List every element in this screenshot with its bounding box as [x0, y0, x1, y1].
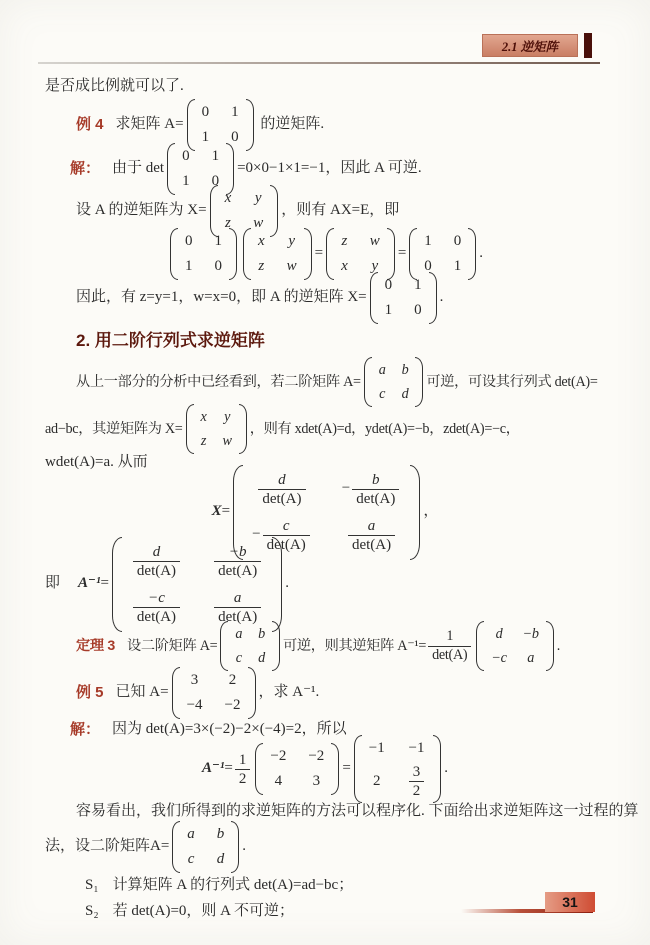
math-symbol-X: X — [212, 501, 222, 523]
matrix-cell: c — [379, 384, 385, 405]
matrix-cell: w — [370, 231, 380, 253]
matrix-bracket-right — [546, 621, 554, 671]
matrix-cell: −b det(A) — [212, 543, 263, 580]
body-text: 设 A 的逆矩阵为 X= — [76, 200, 207, 222]
matrix-bracket-left — [255, 743, 263, 796]
matrix-bracket-right — [433, 735, 441, 803]
matrix-cell: 3 — [191, 670, 199, 692]
fraction: d det(A) — [133, 543, 180, 580]
solution5-line: 解： 因为 det(A)=3×(−2)−2×(−4)=2，所以 — [45, 718, 605, 742]
matrix-cells: a b c d — [228, 621, 272, 671]
matrix-2x2: −2 −2 4 3 — [255, 743, 339, 796]
matrix-bracket-left — [172, 821, 180, 874]
matrix-cell: z — [258, 256, 264, 278]
matrix-2x2: x y z w — [186, 404, 247, 454]
matrix-bracket-left — [364, 357, 372, 407]
matrix-cell: −4 — [187, 695, 203, 717]
matrix-bracket-right — [272, 621, 280, 671]
matrix-2x2: −1 −1 2 3 2 — [354, 735, 441, 803]
matrix-cell: 0 — [214, 256, 222, 278]
matrix-cell: y — [288, 231, 295, 253]
body-text: 求矩阵 A= — [116, 114, 184, 136]
fraction-numerator: d — [149, 543, 165, 561]
matrix-cells: x y z w — [194, 404, 239, 454]
fraction: 1 2 — [235, 751, 251, 788]
matrix-bracket-left — [243, 228, 251, 281]
matrix-2x2: a b c d — [220, 621, 280, 671]
matrix-cell: w — [223, 431, 232, 452]
body-text: 的逆矩阵. — [257, 114, 325, 136]
fraction-numerator: 1 — [235, 751, 251, 769]
fraction: 1 det(A) — [428, 628, 471, 663]
matrix-cell: d — [496, 624, 503, 645]
matrix-cell: b — [217, 824, 225, 846]
matrix-2x2: 3 2 −4 −2 — [172, 667, 256, 720]
matrix-bracket-right — [415, 357, 423, 407]
matrix-cell: x — [258, 231, 265, 253]
body-text: 容易看出，我们所得到的求逆矩阵的方法可以程序化. 下面给出求逆矩阵这一过程的算 — [76, 801, 639, 823]
matrix-cell: − b det(A) — [342, 471, 402, 508]
matrix-cell: 1 — [385, 300, 393, 322]
paragraph-line: 法，设二阶矩阵A= a b c d . — [45, 824, 605, 870]
display-equation: A⁻¹ = 1 2 −2 −2 4 3 = −1 — [45, 744, 605, 794]
matrix-bracket-left — [167, 143, 175, 196]
matrix-bracket-right — [248, 667, 256, 720]
body-text: 可逆，可设其行列式 det(A)= — [426, 372, 597, 393]
paragraph-line: 设 A 的逆矩阵为 X= x y z w ，则有 AX=E，即 — [45, 190, 605, 232]
fraction-denominator: det(A) — [258, 489, 305, 508]
fraction-denominator: det(A) — [352, 489, 399, 508]
fraction-numerator: b — [368, 471, 384, 489]
fraction-numerator: c — [279, 517, 294, 535]
matrix-cell: −c — [491, 648, 506, 669]
matrix-cell: −2 — [225, 695, 241, 717]
solution4-line: 解： 由于 det 0 1 1 0 =0×0−1×1=−1，因此 A 可逆. — [45, 148, 605, 190]
step-label: S₂ — [85, 901, 99, 923]
matrix-cell: 0 — [414, 300, 422, 322]
fraction: −b det(A) — [214, 543, 261, 580]
paragraph-line: 从上一部分的分析中已经看到，若二阶矩阵 A= a b c d 可逆，可设其行列式… — [45, 358, 605, 406]
fraction-numerator: 3 — [409, 763, 425, 781]
matrix-cell: x — [341, 256, 348, 278]
fraction-denominator: 2 — [235, 769, 251, 788]
theorem-label: 定理 3 — [76, 636, 115, 657]
body-text: 计算矩阵 A 的行列式 det(A)=ad−bc； — [113, 875, 354, 897]
fraction-denominator: det(A) — [133, 607, 180, 626]
matrix-bracket-left — [354, 735, 362, 803]
body-text: ，则有 AX=E，即 — [281, 200, 399, 222]
fraction-denominator: det(A) — [133, 561, 180, 580]
matrix-cell: b — [402, 360, 409, 381]
body-text: 即 — [45, 573, 60, 595]
matrix-cell: d — [217, 849, 225, 871]
period: . — [285, 573, 289, 595]
body-text: 法，设二阶矩阵A= — [45, 836, 169, 858]
matrix-2x2: 0 1 1 0 — [170, 228, 237, 281]
matrix-bracket-right — [304, 228, 312, 281]
matrix-cell: 1 — [212, 146, 220, 168]
matrix-cell: x — [201, 407, 207, 428]
matrix-cell: 0 — [454, 231, 462, 253]
fraction-numerator: −c — [144, 589, 169, 607]
matrix-cell: z — [342, 231, 348, 253]
equals-sign: = — [315, 243, 323, 265]
matrix-bracket-left — [326, 228, 334, 281]
matrix-cell: −2 — [270, 746, 286, 768]
fraction: −c det(A) — [133, 589, 180, 626]
matrix-cell: 1 — [424, 231, 432, 253]
fraction-numerator: a — [364, 517, 380, 535]
period: . — [557, 636, 560, 657]
fraction-numerator: 1 — [442, 628, 457, 645]
matrix-cell: 1 — [231, 102, 239, 124]
matrix-2x2: a b c d — [172, 821, 239, 874]
matrix-cell: c — [236, 648, 242, 669]
matrix-bracket-right — [246, 99, 254, 152]
body-text: 设二阶矩阵 A= — [127, 636, 217, 657]
matrix-cell: 4 — [275, 771, 283, 793]
section-title: 2.1 逆矩阵 — [502, 37, 558, 55]
section-tab: 2.1 逆矩阵 — [482, 34, 578, 57]
matrix-cells: 0 1 1 0 — [378, 272, 429, 325]
matrix-bracket-left — [186, 404, 194, 454]
matrix-cells: 3 2 −4 −2 — [180, 667, 248, 720]
matrix-bracket-left — [370, 272, 378, 325]
section-heading: 2. 用二阶行列式求逆矩阵 — [76, 329, 265, 354]
math-symbol-A-inverse: A⁻¹ — [78, 573, 100, 595]
matrix-bracket-left — [112, 537, 122, 632]
body-text: wdet(A)=a. 从而 — [45, 452, 148, 474]
matrix-cells: a b c d — [180, 821, 231, 874]
matrix-cell: 0 — [182, 146, 190, 168]
page-number-badge: 31 — [545, 892, 595, 912]
matrix-2x2: x y z w — [243, 228, 312, 281]
matrix-bracket-right — [239, 404, 247, 454]
matrix-cell: 2 — [229, 670, 237, 692]
matrix-cell: 1 — [454, 256, 462, 278]
matrix-bracket-right — [468, 228, 476, 281]
matrix-cells: d det(A) −b det(A) −c det(A) — [122, 537, 272, 632]
solution-label: 解： — [70, 158, 100, 180]
matrix-cell: 1 — [185, 256, 193, 278]
matrix-cell: b — [258, 624, 265, 645]
period: . — [440, 287, 444, 309]
matrix-cell: −1 — [409, 738, 425, 760]
matrix-2x2: 0 1 1 0 — [370, 272, 437, 325]
paragraph-line: ad−bc，其逆矩阵为 X= x y z w ，则有 xdet(A)=d，yde… — [45, 406, 605, 452]
comma: ， — [423, 501, 438, 523]
equals-sign: = — [224, 758, 232, 780]
example5-line: 例 5 已知 A= 3 2 −4 −2 ，求 A⁻¹. — [45, 670, 605, 716]
equals-sign: = — [222, 501, 230, 523]
body-text: 已知 A= — [116, 682, 169, 704]
matrix-cell: 1 — [414, 275, 422, 297]
math-symbol-A-inverse: A⁻¹ — [202, 758, 224, 780]
matrix-cell: 1 — [182, 171, 190, 193]
display-equation: 0 1 1 0 x y z w = — [45, 232, 605, 276]
body-text: ，求 A⁻¹. — [259, 682, 320, 704]
fraction-denominator: det(A) — [428, 646, 471, 664]
fraction-denominator: 2 — [409, 781, 425, 800]
matrix-cells: d −b −c a — [484, 621, 545, 671]
matrix-bracket-right — [231, 821, 239, 874]
equals-sign: = — [100, 573, 108, 595]
period: . — [242, 836, 246, 858]
fraction: b det(A) — [352, 471, 399, 508]
equals-sign: = — [342, 758, 350, 780]
body-text: ad−bc，其逆矩阵为 X= — [45, 419, 183, 440]
fraction-denominator: det(A) — [214, 561, 261, 580]
example5-label: 例 5 — [76, 682, 104, 704]
matrix-bracket-left — [172, 667, 180, 720]
matrix-bracket-right — [331, 743, 339, 796]
matrix-cell: a — [187, 824, 195, 846]
fraction-numerator: −b — [225, 543, 251, 561]
matrix-cells: a b c d — [372, 357, 416, 407]
minus-sign: − — [342, 478, 350, 500]
body-text: 因为 det(A)=3×(−2)−2×(−4)=2，所以 — [112, 719, 347, 741]
matrix-cell: −b — [523, 624, 539, 645]
matrix-bracket-right — [410, 465, 420, 560]
equals-sign: = — [398, 243, 406, 265]
matrix-cell: d det(A) — [256, 471, 307, 508]
matrix-cell: z — [201, 431, 206, 452]
matrix-cell: a — [379, 360, 386, 381]
matrix-bracket-left — [220, 621, 228, 671]
matrix-bracket-left — [476, 621, 484, 671]
matrix-cell: y — [255, 188, 262, 210]
matrix-cell: 0 — [385, 275, 393, 297]
paragraph-line: 容易看出，我们所得到的求逆矩阵的方法可以程序化. 下面给出求逆矩阵这一过程的算 — [45, 800, 605, 824]
matrix-cell: x — [225, 188, 232, 210]
matrix-cell: 3 — [313, 771, 321, 793]
body-text: 由于 det — [112, 158, 164, 180]
algorithm-step-1: S₁ 计算矩阵 A 的行列式 det(A)=ad−bc； — [45, 874, 605, 898]
matrix-bracket-right — [429, 272, 437, 325]
body-text: 因此，有 z=y=1，w=x=0，即 A 的逆矩阵 X= — [76, 287, 367, 309]
fraction: 3 2 — [409, 763, 425, 800]
matrix-cell: 3 2 — [407, 763, 427, 800]
textbook-page: 2.1 逆矩阵 是否成比例就可以了. 例 4 求矩阵 A= 0 1 1 0 — [0, 0, 650, 945]
fraction: a det(A) — [348, 517, 395, 554]
fraction: d det(A) — [258, 471, 305, 508]
example4-line: 例 4 求矩阵 A= 0 1 1 0 的逆矩阵. — [45, 102, 605, 148]
matrix-cells: x y z w — [251, 228, 304, 281]
page-content: 是否成比例就可以了. 例 4 求矩阵 A= 0 1 1 0 的逆矩阵. 解： 由… — [0, 64, 650, 924]
matrix-cells: −1 −1 2 3 2 — [362, 735, 433, 803]
matrix-cells: 0 1 1 0 — [178, 228, 229, 281]
paragraph-line: 是否成比例就可以了. — [45, 76, 605, 98]
matrix-cell: a — [527, 648, 534, 669]
matrix-cell: c — [188, 849, 195, 871]
matrix-2x2-fractions: d det(A) −b det(A) −c det(A) — [112, 537, 282, 632]
page-number: 31 — [562, 894, 578, 910]
section-heading-line: 2. 用二阶行列式求逆矩阵 — [45, 328, 605, 354]
matrix-cell: −2 — [308, 746, 324, 768]
matrix-cell: 1 — [214, 231, 222, 253]
matrix-cell: a — [235, 624, 242, 645]
matrix-bracket-right — [229, 228, 237, 281]
example4-label: 例 4 — [76, 114, 104, 136]
matrix-cell: 0 — [202, 102, 210, 124]
fraction-denominator: det(A) — [348, 535, 395, 554]
matrix-cell: −c det(A) — [131, 589, 182, 626]
body-text: 是否成比例就可以了. — [45, 76, 184, 98]
body-text: 若 det(A)=0，则 A 不可逆； — [113, 901, 294, 923]
matrix-bracket-left — [170, 228, 178, 281]
body-text: =0×0−1×1=−1，因此 A 可逆. — [237, 158, 422, 180]
fraction-numerator: d — [274, 471, 290, 489]
matrix-cell: y — [224, 407, 230, 428]
paragraph-line: 因此，有 z=y=1，w=x=0，即 A 的逆矩阵 X= 0 1 1 0 . — [45, 276, 605, 320]
body-text: 可逆，则其逆矩阵 A⁻¹= — [283, 636, 426, 657]
matrix-cell: 2 — [373, 771, 381, 793]
matrix-cell: 0 — [185, 231, 193, 253]
matrix-cell: d — [402, 384, 409, 405]
section-bar-decoration — [584, 33, 592, 58]
body-text: ，则有 xdet(A)=d，ydet(A)=−b，zdet(A)=−c， — [250, 419, 520, 440]
matrix-cells: −2 −2 4 3 — [263, 743, 331, 796]
body-text: 从上一部分的分析中已经看到，若二阶矩阵 A= — [76, 372, 361, 393]
matrix-cell: −1 — [369, 738, 385, 760]
matrix-cell: w — [287, 256, 297, 278]
fraction-numerator: a — [230, 589, 246, 607]
matrix-2x2: d −b −c a — [476, 621, 553, 671]
matrix-2x2: a b c d — [364, 357, 424, 407]
period: . — [479, 243, 483, 265]
matrix-bracket-right — [272, 537, 282, 632]
matrix-cell: a det(A) — [346, 517, 397, 554]
matrix-cell: d — [258, 648, 265, 669]
period: . — [444, 758, 448, 780]
page-header: 2.1 逆矩阵 — [0, 33, 650, 58]
solution-label: 解： — [70, 719, 100, 741]
matrix-cell: d det(A) — [131, 543, 182, 580]
step-label: S₁ — [85, 875, 99, 897]
